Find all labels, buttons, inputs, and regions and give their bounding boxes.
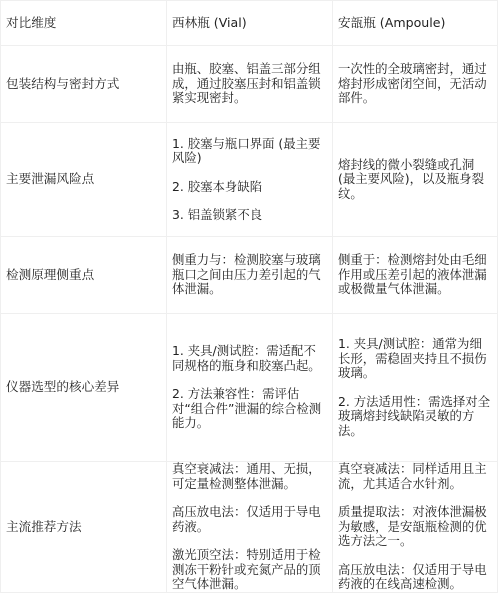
ampoule-cell: 侧重于：检测熔封处由毛细作用或压差引起的液体泄漏或极微量气体泄漏。 — [333, 237, 498, 314]
ampoule-text: 熔封线的微小裂缝或孔洞 (最主要风险)，以及瓶身裂纹。 — [338, 158, 492, 202]
table-header: 对比维度 西林瓶 (Vial) 安瓿瓶 (Ampoule) — [1, 1, 498, 46]
vial-text: 侧重力与：检测胶塞与玻璃瓶口之间由压力差引起的气体泄漏。 — [172, 253, 327, 297]
dimension-cell: 仪器选型的核心差异 — [1, 314, 167, 462]
vial-text: 高压放电法：仅适用于导电药液。 — [172, 505, 327, 534]
ampoule-cell: 真空衰减法：同样适用且主流，尤其适合水针剂。 质量提取法：对液体泄漏极为敏感，是… — [333, 462, 498, 593]
vial-text: 激光顶空法：特别适用于检测冻干粉针或充氮产品的顶空气体泄漏。 — [172, 548, 327, 592]
vial-text: 2. 胶塞本身缺陷 — [172, 180, 327, 195]
dimension-cell: 包装结构与密封方式 — [1, 46, 167, 123]
dimension-cell: 检测原理侧重点 — [1, 237, 167, 314]
table-row-recommended-methods: 主流推荐方法 真空衰减法：通用、无损，可定量检测整体泄漏。 高压放电法：仅适用于… — [1, 462, 498, 593]
table-row-detection-principle: 检测原理侧重点 侧重力与：检测胶塞与玻璃瓶口之间由压力差引起的气体泄漏。 侧重于… — [1, 237, 498, 314]
ampoule-cell: 1. 夹具/测试腔：通常为细长形，需稳固夹持且不损伤玻璃。 2. 方法适用性：需… — [333, 314, 498, 462]
vial-cell: 侧重力与：检测胶塞与玻璃瓶口之间由压力差引起的气体泄漏。 — [167, 237, 333, 314]
ampoule-cell: 一次性的全玻璃密封，通过熔封形成密闭空间，无活动部件。 — [333, 46, 498, 123]
dimension-cell: 主流推荐方法 — [1, 462, 167, 593]
dimension-cell: 主要泄漏风险点 — [1, 123, 167, 237]
table-row-instrument-selection: 仪器选型的核心差异 1. 夹具/测试腔：需适配不同规格的瓶身和胶塞凸起。 2. … — [1, 314, 498, 462]
vial-cell: 1. 胶塞与瓶口界面 (最主要风险) 2. 胶塞本身缺陷 3. 铝盖锁紧不良 — [167, 123, 333, 237]
vial-cell: 真空衰减法：通用、无损，可定量检测整体泄漏。 高压放电法：仅适用于导电药液。 激… — [167, 462, 333, 593]
header-row: 对比维度 西林瓶 (Vial) 安瓿瓶 (Ampoule) — [1, 1, 498, 46]
vial-text: 由瓶、胶塞、铝盖三部分组成，通过胶塞压封和铝盖锁紧实现密封。 — [172, 62, 327, 106]
ampoule-text: 质量提取法：对液体泄漏极为敏感，是安瓿瓶检测的优选方法之一。 — [338, 505, 492, 549]
vial-text: 3. 铝盖锁紧不良 — [172, 208, 327, 223]
vial-text: 2. 方法兼容性：需评估对“组合件”泄漏的综合检测能力。 — [172, 387, 327, 431]
ampoule-text: 1. 夹具/测试腔：通常为细长形，需稳固夹持且不损伤玻璃。 — [338, 337, 492, 381]
table-body: 包装结构与密封方式 由瓶、胶塞、铝盖三部分组成，通过胶塞压封和铝盖锁紧实现密封。… — [1, 46, 498, 593]
header-ampoule: 安瓿瓶 (Ampoule) — [333, 1, 498, 46]
vial-text: 1. 夹具/测试腔：需适配不同规格的瓶身和胶塞凸起。 — [172, 344, 327, 373]
vial-cell: 1. 夹具/测试腔：需适配不同规格的瓶身和胶塞凸起。 2. 方法兼容性：需评估对… — [167, 314, 333, 462]
table-row-leak-risk: 主要泄漏风险点 1. 胶塞与瓶口界面 (最主要风险) 2. 胶塞本身缺陷 3. … — [1, 123, 498, 237]
vial-cell: 由瓶、胶塞、铝盖三部分组成，通过胶塞压封和铝盖锁紧实现密封。 — [167, 46, 333, 123]
ampoule-text: 2. 方法适用性：需选择对全玻璃熔封线缺陷灵敏的方法。 — [338, 395, 492, 439]
table-row-packaging: 包装结构与密封方式 由瓶、胶塞、铝盖三部分组成，通过胶塞压封和铝盖锁紧实现密封。… — [1, 46, 498, 123]
comparison-table: 对比维度 西林瓶 (Vial) 安瓿瓶 (Ampoule) 包装结构与密封方式 … — [0, 0, 498, 593]
ampoule-text: 一次性的全玻璃密封，通过熔封形成密闭空间，无活动部件。 — [338, 62, 492, 106]
ampoule-text: 侧重于：检测熔封处由毛细作用或压差引起的液体泄漏或极微量气体泄漏。 — [338, 253, 492, 297]
ampoule-text: 高压放电法：仅适用于导电药液的在线高速检测。 — [338, 563, 492, 592]
header-dimension: 对比维度 — [1, 1, 167, 46]
vial-text: 真空衰减法：通用、无损，可定量检测整体泄漏。 — [172, 462, 327, 491]
vial-text: 1. 胶塞与瓶口界面 (最主要风险) — [172, 137, 327, 166]
header-vial: 西林瓶 (Vial) — [167, 1, 333, 46]
ampoule-cell: 熔封线的微小裂缝或孔洞 (最主要风险)，以及瓶身裂纹。 — [333, 123, 498, 237]
ampoule-text: 真空衰减法：同样适用且主流，尤其适合水针剂。 — [338, 462, 492, 491]
